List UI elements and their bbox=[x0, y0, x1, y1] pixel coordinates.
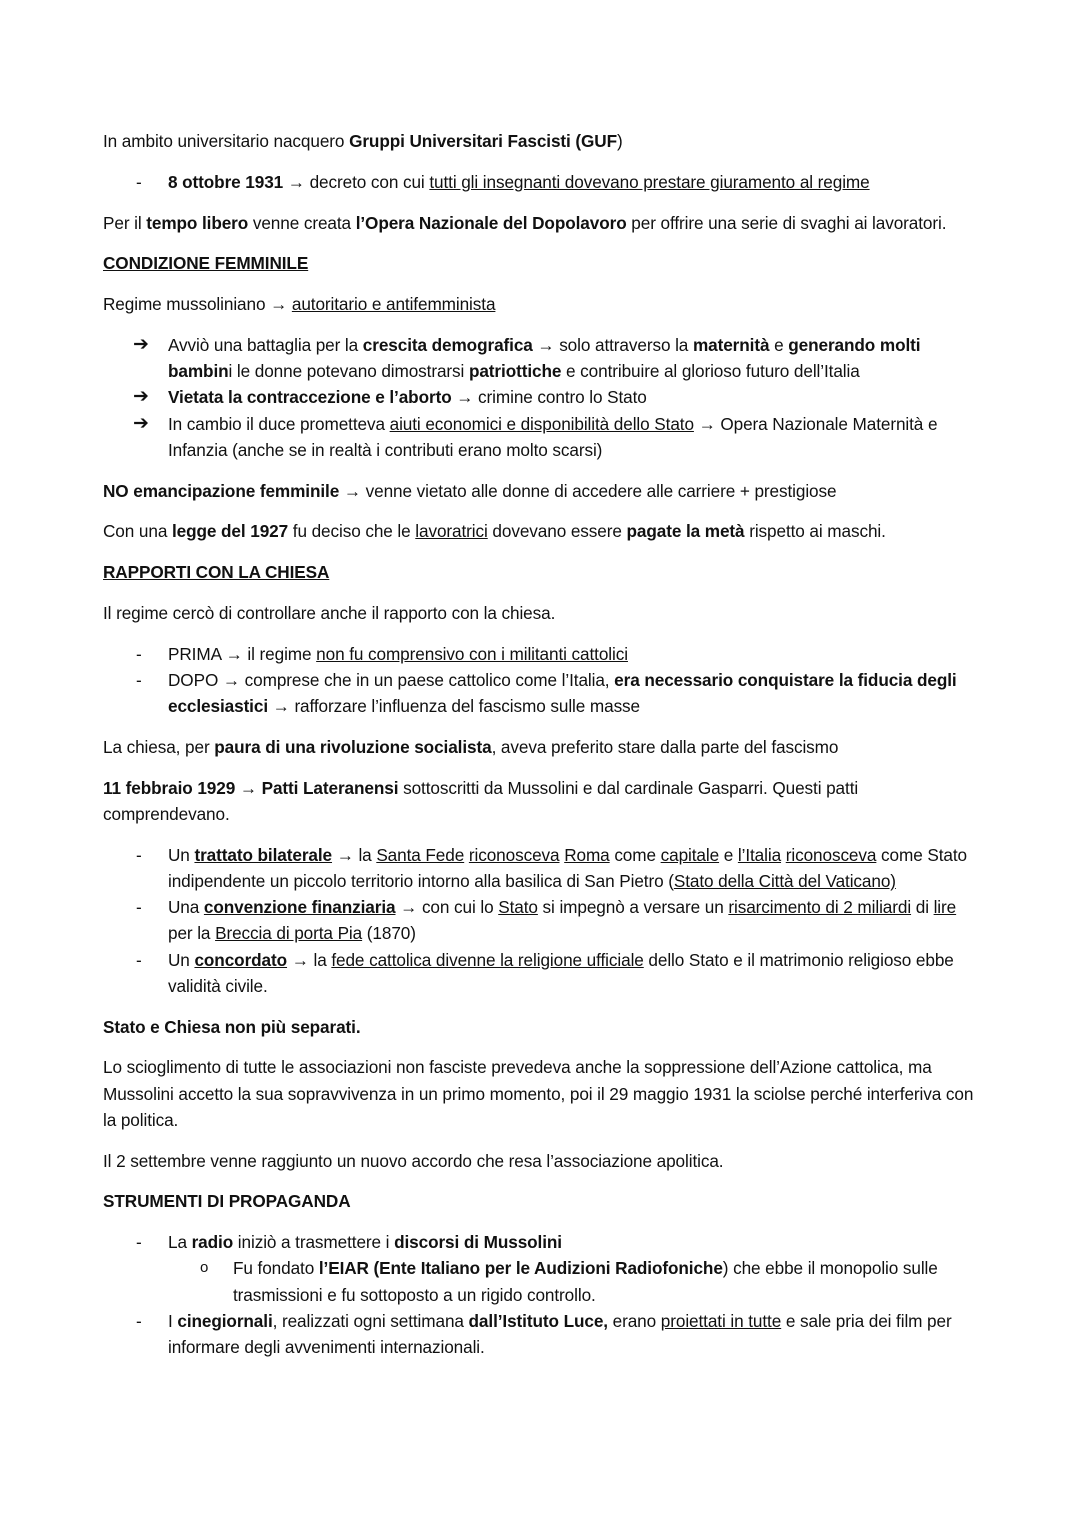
bold-text: NO emancipazione femminile bbox=[103, 481, 339, 501]
arrow-bullet-icon: ➔ bbox=[133, 411, 153, 437]
text-run: Lo scioglimento di tutte le associazioni… bbox=[103, 1057, 973, 1129]
text-run: → la bbox=[332, 845, 376, 865]
dash-bullet-icon: - bbox=[136, 1229, 156, 1255]
list-item-text: 8 ottobre 1931 → decreto con cui tutti g… bbox=[168, 172, 870, 192]
text-run: PRIMA → il regime bbox=[168, 644, 316, 664]
text-run: i le donne potevano dimostrarsi bbox=[229, 361, 469, 381]
list-item: -PRIMA → il regime non fu comprensivo co… bbox=[103, 641, 983, 667]
list-item-text: Vietata la contraccezione e l’aborto → c… bbox=[168, 387, 647, 407]
patti-lateranensi-paragraph: 11 febbraio 1929 → Patti Lateranensi sot… bbox=[103, 775, 983, 827]
underlined-text: fede cattolica divenne la religione uffi… bbox=[331, 950, 643, 970]
bold-text: dall’Istituto Luce, bbox=[469, 1311, 608, 1331]
bold-text: Gruppi Universitari Fascisti (GUF bbox=[349, 131, 617, 151]
list-item-text: In cambio il duce prometteva aiuti econo… bbox=[168, 414, 937, 460]
dash-bullet-icon: - bbox=[136, 947, 156, 973]
underlined-text: risarcimento di 2 miliardi bbox=[728, 897, 911, 917]
bold-text: discorsi di Mussolini bbox=[394, 1232, 562, 1252]
list-item: ➔In cambio il duce prometteva aiuti econ… bbox=[103, 411, 983, 463]
underlined-text: l’Italia bbox=[738, 845, 781, 865]
text-run: decreto con cui bbox=[305, 172, 429, 192]
text-run: → crimine contro lo Stato bbox=[452, 387, 647, 407]
bold-text: radio bbox=[192, 1232, 234, 1252]
list-item: -Una convenzione finanziaria → con cui l… bbox=[103, 894, 983, 946]
text-run: venne creata bbox=[248, 213, 356, 233]
bold-text: legge del 1927 bbox=[172, 521, 288, 541]
stato-chiesa-paragraph: Stato e Chiesa non più separati. bbox=[103, 1014, 983, 1040]
bold-text: l’EIAR (Ente Italiano per le Audizioni R… bbox=[319, 1258, 723, 1278]
heading-rapporti-chiesa: RAPPORTI CON LA CHIESA bbox=[103, 559, 983, 585]
text-run: (1870) bbox=[362, 923, 416, 943]
text-run: Per il bbox=[103, 213, 146, 233]
underlined-text: Roma bbox=[564, 845, 609, 865]
dash-bullet-icon: - bbox=[136, 842, 156, 868]
underlined-text: riconosceva bbox=[786, 845, 877, 865]
bold-text: Vietata la contraccezione e l’aborto bbox=[168, 387, 452, 407]
underlined-text: Stato bbox=[498, 897, 538, 917]
underlined-text: convenzione finanziaria bbox=[204, 897, 396, 917]
bold-text: maternità bbox=[693, 335, 769, 355]
guf-list: -8 ottobre 1931 → decreto con cui tutti … bbox=[103, 169, 983, 195]
bold-text: paura di una rivoluzione socialista bbox=[214, 737, 491, 757]
text-run: → la bbox=[287, 950, 331, 970]
patti-list: -Un trattato bilaterale → la Santa Fede … bbox=[103, 842, 983, 999]
underlined-text: capitale bbox=[661, 845, 719, 865]
text-run: Il regime cercò di controllare anche il … bbox=[103, 603, 555, 623]
underlined-text: non fu comprensivo con i militanti catto… bbox=[316, 644, 628, 664]
circle-bullet-icon: o bbox=[200, 1255, 208, 1281]
dash-bullet-icon: - bbox=[136, 169, 156, 195]
arrow-bullet-icon: ➔ bbox=[133, 332, 153, 358]
text-run: La chiesa, per bbox=[103, 737, 214, 757]
bold-text: pagate la metà bbox=[627, 521, 745, 541]
text-run: e bbox=[719, 845, 738, 865]
text-run: Un bbox=[168, 845, 194, 865]
list-item-text: Un concordato → la fede cattolica divenn… bbox=[168, 950, 954, 996]
sublist-item-text: Fu fondato l’EIAR (Ente Italiano per le … bbox=[233, 1258, 938, 1304]
text-run: per la bbox=[168, 923, 215, 943]
dash-bullet-icon: - bbox=[136, 667, 156, 693]
bold-text: patriottiche bbox=[469, 361, 561, 381]
heading-condizione-femminile: CONDIZIONE FEMMINILE bbox=[103, 250, 983, 276]
text-run: Regime mussoliniano → bbox=[103, 294, 292, 314]
underlined-text: aiuti economici e disponibilità dello St… bbox=[390, 414, 694, 434]
list-item: -DOPO → comprese che in un paese cattoli… bbox=[103, 667, 983, 719]
sublist: oFu fondato l’EIAR (Ente Italiano per le… bbox=[168, 1255, 983, 1307]
text-run: Un bbox=[168, 950, 194, 970]
bold-text: 11 febbraio 1929 → Patti Lateranensi bbox=[103, 778, 398, 798]
underlined-text: tutti gli insegnanti dovevano prestare g… bbox=[429, 172, 869, 192]
list-item: ➔Avviò una battaglia per la crescita dem… bbox=[103, 332, 983, 384]
underlined-text: lire bbox=[934, 897, 957, 917]
condizione-list: ➔Avviò una battaglia per la crescita dem… bbox=[103, 332, 983, 463]
text-run: rispetto ai maschi. bbox=[745, 521, 886, 541]
controllo-chiesa-paragraph: Il regime cercò di controllare anche il … bbox=[103, 600, 983, 626]
list-item-text: I cinegiornali, realizzati ogni settiman… bbox=[168, 1311, 952, 1357]
document-page: In ambito universitario nacquero Gruppi … bbox=[103, 128, 983, 1375]
underlined-text: proiettati in tutte bbox=[661, 1311, 781, 1331]
list-item-text: DOPO → comprese che in un paese cattolic… bbox=[168, 670, 957, 716]
text-run: Avviò una battaglia per la bbox=[168, 335, 363, 355]
text-run: dovevano essere bbox=[488, 521, 627, 541]
text-run: → con cui lo bbox=[396, 897, 499, 917]
dopolavoro-paragraph: Per il tempo libero venne creata l’Opera… bbox=[103, 210, 983, 236]
text-run: I bbox=[168, 1311, 177, 1331]
text-run: per offrire una serie di svaghi ai lavor… bbox=[627, 213, 947, 233]
list-item: ➔Vietata la contraccezione e l’aborto → … bbox=[103, 384, 983, 410]
text-run: fu deciso che le bbox=[288, 521, 415, 541]
text-run: → venne vietato alle donne di accedere a… bbox=[339, 481, 836, 501]
dash-bullet-icon: - bbox=[136, 641, 156, 667]
sublist-item: oFu fondato l’EIAR (Ente Italiano per le… bbox=[168, 1255, 983, 1307]
bold-text: l’Opera Nazionale del Dopolavoro bbox=[356, 213, 627, 233]
dash-bullet-icon: - bbox=[136, 894, 156, 920]
arrow-bullet-icon: ➔ bbox=[133, 384, 153, 410]
text-run: ) bbox=[617, 131, 623, 151]
emancipazione-paragraph: NO emancipazione femminile → venne vieta… bbox=[103, 478, 983, 504]
text-run: → solo attraverso la bbox=[533, 335, 693, 355]
legge-1927-paragraph: Con una legge del 1927 fu deciso che le … bbox=[103, 518, 983, 544]
list-item-text: Avviò una battaglia per la crescita demo… bbox=[168, 335, 920, 381]
underlined-text: Breccia di porta Pia bbox=[215, 923, 362, 943]
list-item: -Un trattato bilaterale → la Santa Fede … bbox=[103, 842, 983, 894]
list-item-text: Una convenzione finanziaria → con cui lo… bbox=[168, 897, 956, 943]
text-run: Con una bbox=[103, 521, 172, 541]
underlined-text: riconosceva bbox=[469, 845, 560, 865]
underlined-text: autoritario e antifemminista bbox=[292, 294, 496, 314]
accordo-settembre-paragraph: Il 2 settembre venne raggiunto un nuovo … bbox=[103, 1148, 983, 1174]
underlined-text: lavoratrici bbox=[415, 521, 487, 541]
list-item: -Un concordato → la fede cattolica diven… bbox=[103, 947, 983, 999]
underlined-text: concordato bbox=[194, 950, 287, 970]
text-run: di bbox=[911, 897, 934, 917]
text-run: come bbox=[610, 845, 661, 865]
text-run: La bbox=[168, 1232, 192, 1252]
list-item-text: La radio iniziò a trasmettere i discorsi… bbox=[168, 1232, 562, 1252]
prima-dopo-list: -PRIMA → il regime non fu comprensivo co… bbox=[103, 641, 983, 720]
text-run: → rafforzare l’influenza del fascismo su… bbox=[268, 696, 640, 716]
bold-text: crescita demografica bbox=[363, 335, 533, 355]
propaganda-list: -La radio iniziò a trasmettere i discors… bbox=[103, 1229, 983, 1360]
list-item: -8 ottobre 1931 → decreto con cui tutti … bbox=[103, 169, 983, 195]
bold-text: Stato e Chiesa non più separati. bbox=[103, 1017, 361, 1037]
list-item: -La radio iniziò a trasmettere i discors… bbox=[103, 1229, 983, 1308]
regime-paragraph: Regime mussoliniano → autoritario e anti… bbox=[103, 291, 983, 317]
dash-bullet-icon: - bbox=[136, 1308, 156, 1334]
text-run: Il 2 settembre venne raggiunto un nuovo … bbox=[103, 1151, 723, 1171]
list-item: -I cinegiornali, realizzati ogni settima… bbox=[103, 1308, 983, 1360]
text-run: DOPO → comprese che in un paese cattolic… bbox=[168, 670, 614, 690]
text-run: iniziò a trasmettere i bbox=[233, 1232, 394, 1252]
underlined-text: Santa Fede bbox=[376, 845, 464, 865]
azione-cattolica-paragraph: Lo scioglimento di tutte le associazioni… bbox=[103, 1054, 983, 1133]
text-run: , realizzati ogni settimana bbox=[273, 1311, 469, 1331]
underlined-text: Stato della Città del Vaticano) bbox=[674, 871, 896, 891]
bold-text: cinegiornali bbox=[177, 1311, 272, 1331]
text-run: e contribuire al glorioso futuro dell’It… bbox=[561, 361, 859, 381]
text-run: e bbox=[769, 335, 788, 355]
list-item-text: PRIMA → il regime non fu comprensivo con… bbox=[168, 644, 628, 664]
paura-rivoluzione-paragraph: La chiesa, per paura di una rivoluzione … bbox=[103, 734, 983, 760]
heading-strumenti-propaganda: STRUMENTI DI PROPAGANDA bbox=[103, 1188, 983, 1214]
text-run: , aveva preferito stare dalla parte del … bbox=[492, 737, 839, 757]
text-run: In ambito universitario nacquero bbox=[103, 131, 349, 151]
guf-paragraph: In ambito universitario nacquero Gruppi … bbox=[103, 128, 983, 154]
text-run: Una bbox=[168, 897, 204, 917]
list-item-text: Un trattato bilaterale → la Santa Fede r… bbox=[168, 845, 967, 891]
text-run: erano bbox=[608, 1311, 661, 1331]
bold-text: 8 ottobre 1931 → bbox=[168, 172, 305, 192]
text-run: In cambio il duce prometteva bbox=[168, 414, 390, 434]
bold-text: tempo libero bbox=[146, 213, 248, 233]
text-run: si impegnò a versare un bbox=[538, 897, 728, 917]
text-run: Fu fondato bbox=[233, 1258, 319, 1278]
underlined-text: trattato bilaterale bbox=[194, 845, 332, 865]
